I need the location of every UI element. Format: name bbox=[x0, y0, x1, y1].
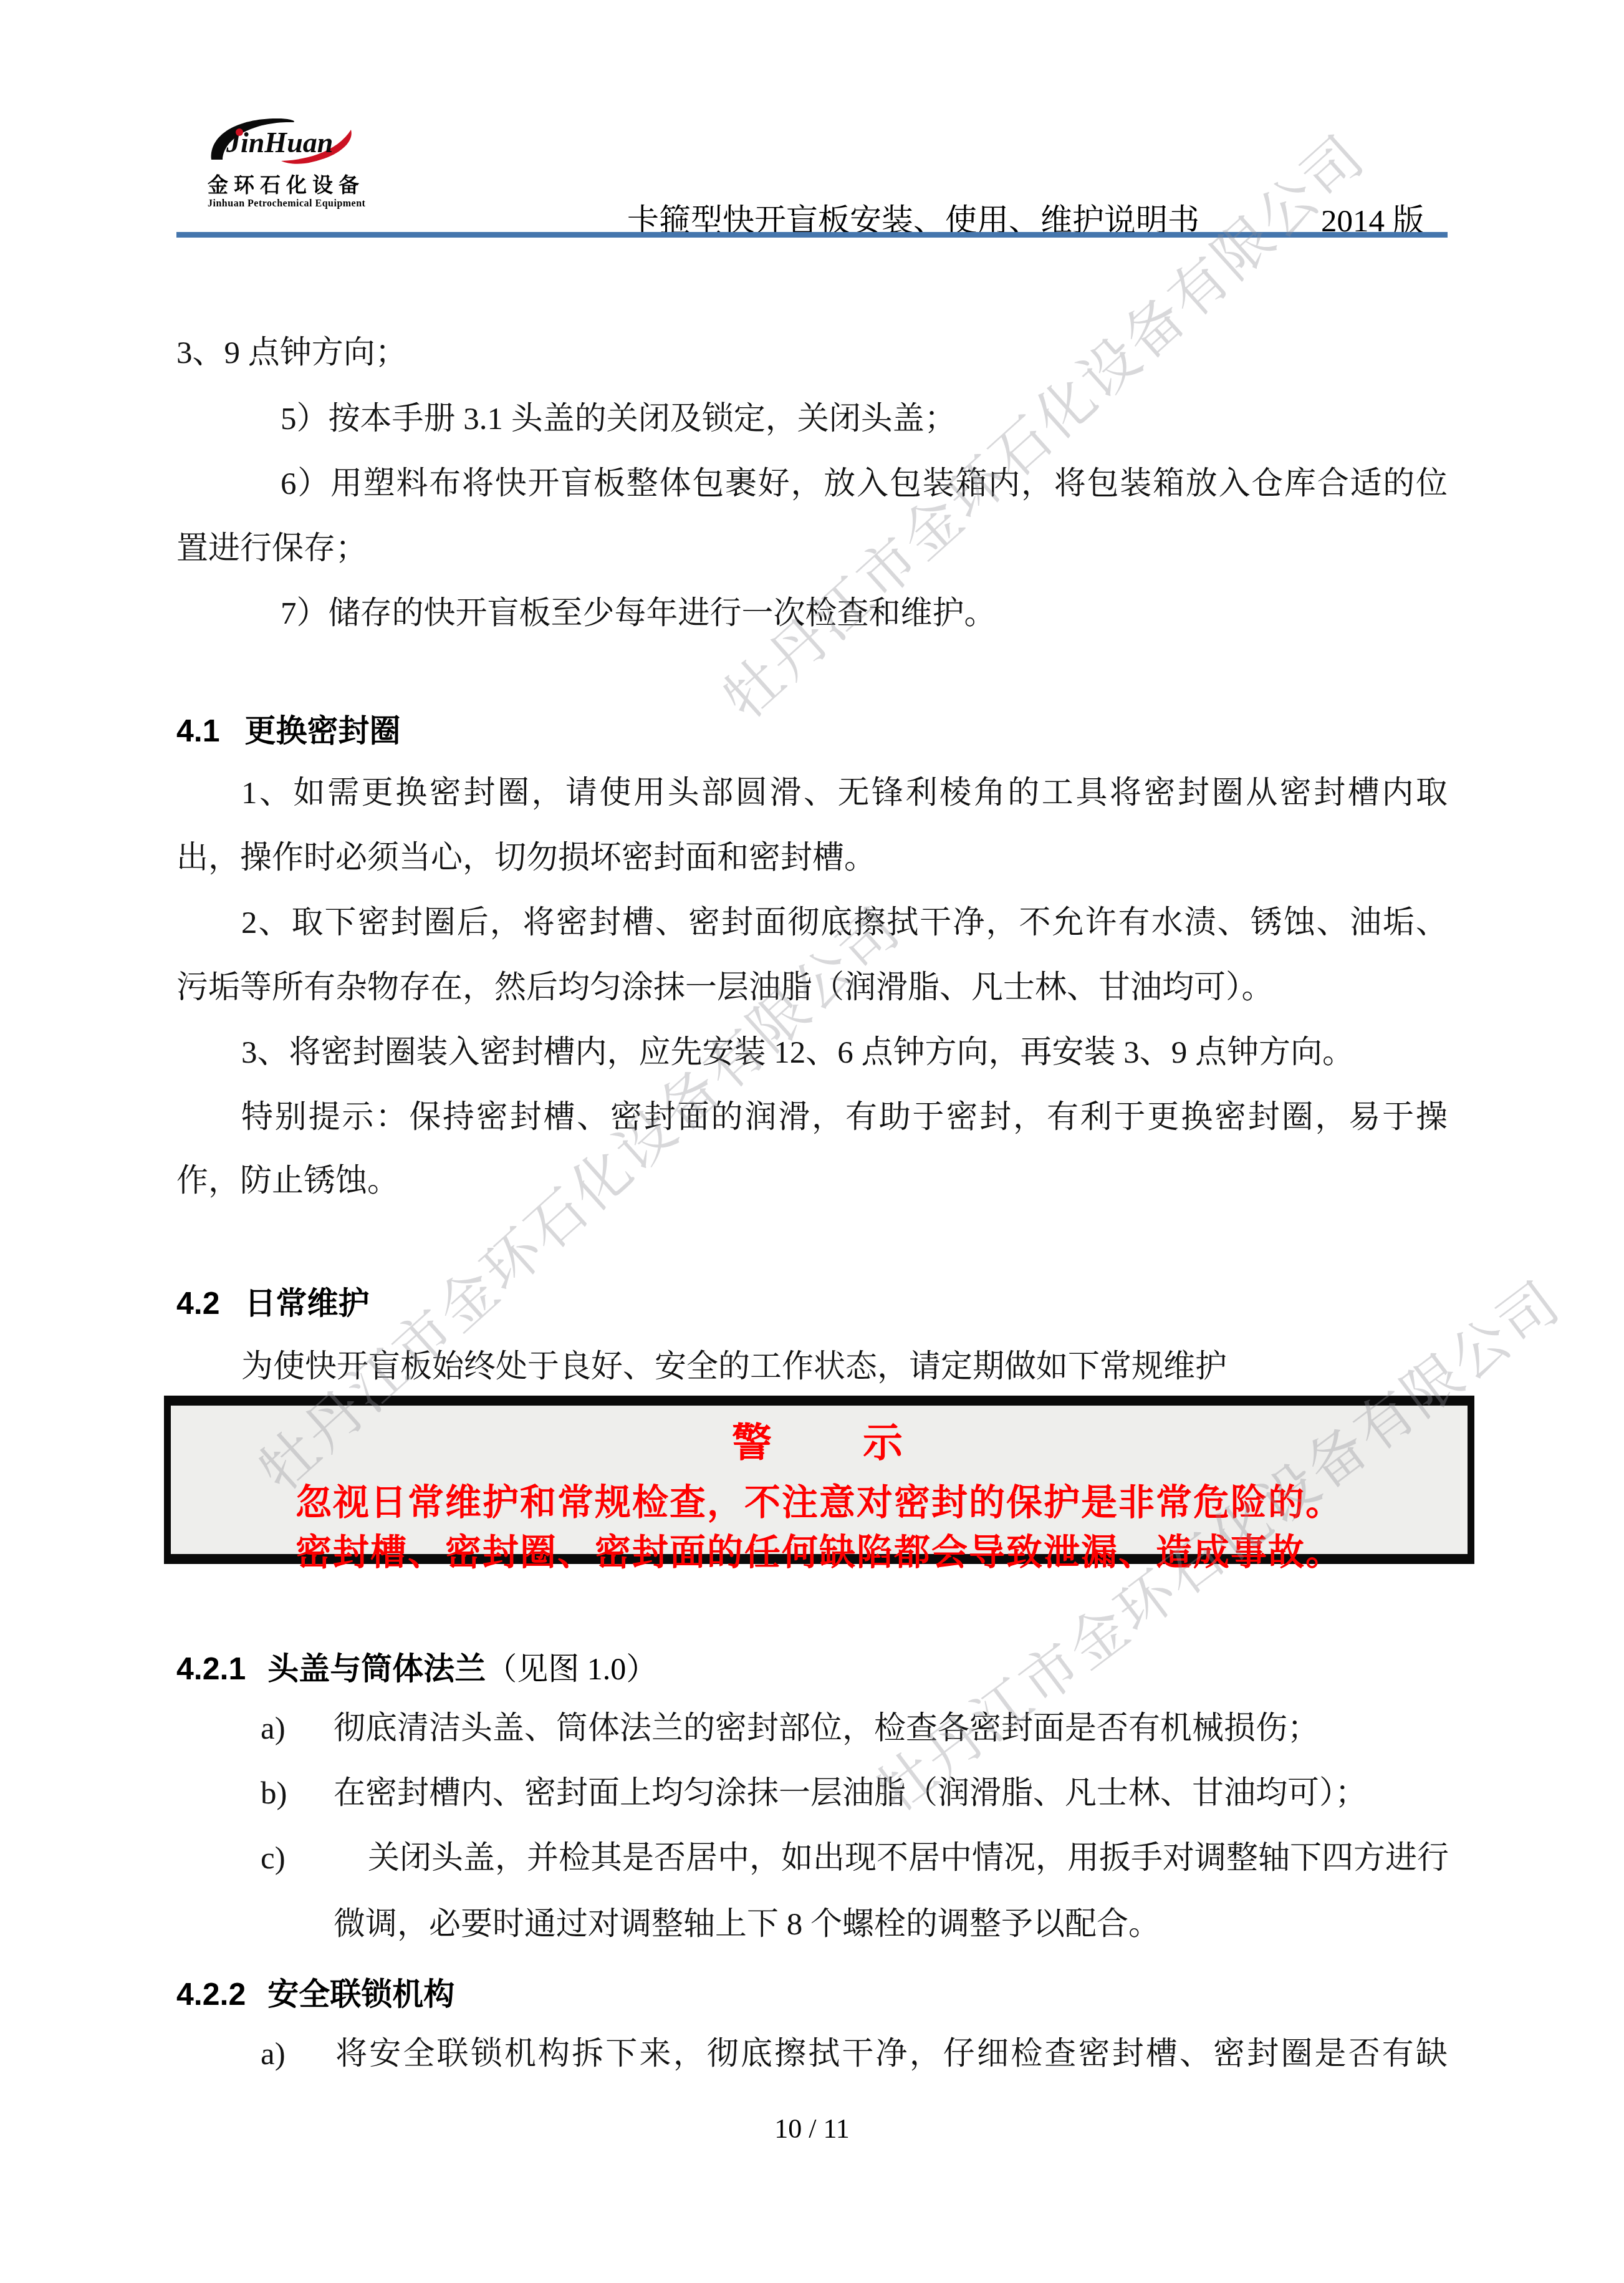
list-item: a)彻底清洁头盖、筒体法兰的密封部位，检查各密封面是否有机械损伤； bbox=[261, 1709, 1319, 1749]
section-heading-4-2-1: 4.2.1头盖与筒体法兰（见图 1.0） bbox=[176, 1644, 657, 1689]
page-number: 10 / 11 bbox=[0, 2113, 1624, 2145]
section-number: 4.2 bbox=[176, 1285, 220, 1321]
warning-text-line: 忽视日常维护和常规检查，不注意对密封的保护是非常危险的。 bbox=[164, 1473, 1474, 1525]
list-item-text: 将安全联锁机构拆下来，彻底擦拭干净，仔细检查密封槽、密封圈是否有缺 bbox=[334, 2037, 1448, 2072]
warning-text-line: 密封槽、密封圈、密封面的任何缺陷都会导致泄漏、造成事故。 bbox=[164, 1523, 1474, 1575]
body-line: 微调，必要时通过对调整轴上下 8 个螺栓的调整予以配合。 bbox=[334, 1904, 1160, 1944]
body-line: 6）用塑料布将快开盲板整体包裹好，放入包装箱内，将包装箱放入仓库合适的位 bbox=[281, 464, 1448, 504]
list-item: b)在密封槽内、密封面上均匀涂抹一层油脂（润滑脂、凡士林、甘油均可）； bbox=[261, 1774, 1367, 1813]
body-line: 7）储存的快开盲板至少每年进行一次检查和维护。 bbox=[281, 594, 996, 634]
body-line: 为使快开盲板始终处于良好、安全的工作状态，请定期做如下常规维护 bbox=[241, 1347, 1227, 1387]
section-heading-4-2: 4.2日常维护 bbox=[176, 1278, 370, 1323]
manual-page: { "header": { "logo_script": "JinHuan", … bbox=[0, 0, 1624, 2283]
list-item-text: 关闭头盖，并检其是否居中，如出现不居中情况，用扳手对调整轴下四方进行 bbox=[368, 1841, 1449, 1876]
body-line: 1、如需更换密封圈，请使用头部圆滑、无锋利棱角的工具将密封圈从密封槽内取 bbox=[241, 773, 1448, 813]
logo-swoosh-graphic: JinHuan bbox=[208, 116, 361, 165]
body-line: 特别提示：保持密封槽、密封面的润滑，有助于密封，有利于更换密封圈，易于操 bbox=[241, 1098, 1448, 1137]
list-item: c)关闭头盖，并检其是否居中，如出现不居中情况，用扳手对调整轴下四方进行 bbox=[261, 1838, 1449, 1878]
body-line: 出，操作时必须当心，切勿损坏密封面和密封槽。 bbox=[176, 838, 876, 878]
body-line: 3、9 点钟方向； bbox=[176, 333, 407, 373]
list-item-label: b) bbox=[261, 1774, 334, 1813]
list-item-label: a) bbox=[261, 2034, 334, 2074]
list-item-label: a) bbox=[261, 1709, 334, 1749]
list-item: a)将安全联锁机构拆下来，彻底擦拭干净，仔细检查密封槽、密封圈是否有缺 bbox=[261, 2034, 1448, 2074]
section-heading-4-2-2: 4.2.2安全联锁机构 bbox=[176, 1969, 454, 2014]
body-line: 置进行保存； bbox=[176, 529, 367, 569]
section-title: 头盖与筒体法兰 bbox=[267, 1651, 486, 1686]
company-logo: JinHuan 金环石化设备 Jinhuan Petrochemical Equ… bbox=[208, 116, 361, 210]
section-title-suffix: （见图 1.0） bbox=[486, 1651, 657, 1686]
section-title: 安全联锁机构 bbox=[267, 1977, 454, 2012]
list-item-label: c) bbox=[261, 1838, 368, 1878]
warning-title: 警 示 bbox=[164, 1411, 1474, 1468]
body-line: 2、取下密封圈后，将密封槽、密封面彻底擦拭干净，不允许有水渍、锈蚀、油垢、 bbox=[241, 903, 1448, 943]
section-number: 4.2.2 bbox=[176, 1976, 246, 2012]
body-line: 5）按本手册 3.1 头盖的关闭及锁定，关闭头盖； bbox=[281, 399, 956, 439]
body-line: 3、将密封圈装入密封槽内，应先安装 12、6 点钟方向，再安装 3、9 点钟方向… bbox=[241, 1033, 1354, 1073]
list-item-text: 在密封槽内、密封面上均匀涂抹一层油脂（润滑脂、凡士林、甘油均可）； bbox=[334, 1776, 1367, 1811]
logo-english-name: Jinhuan Petrochemical Equipment bbox=[208, 198, 361, 210]
list-item-text: 彻底清洁头盖、筒体法兰的密封部位，检查各密封面是否有机械损伤； bbox=[334, 1711, 1319, 1746]
section-number: 4.2.1 bbox=[176, 1651, 246, 1687]
header-divider-line bbox=[176, 232, 1448, 238]
section-title: 更换密封圈 bbox=[245, 713, 401, 748]
section-title: 日常维护 bbox=[245, 1286, 370, 1321]
logo-chinese-name: 金环石化设备 bbox=[208, 169, 361, 198]
body-line: 污垢等所有杂物存在，然后均匀涂抹一层油脂（润滑脂、凡士林、甘油均可）。 bbox=[176, 968, 1274, 1008]
body-line: 作，防止锈蚀。 bbox=[176, 1161, 399, 1201]
section-number: 4.1 bbox=[176, 713, 220, 749]
section-heading-4-1: 4.1更换密封圈 bbox=[176, 706, 401, 751]
